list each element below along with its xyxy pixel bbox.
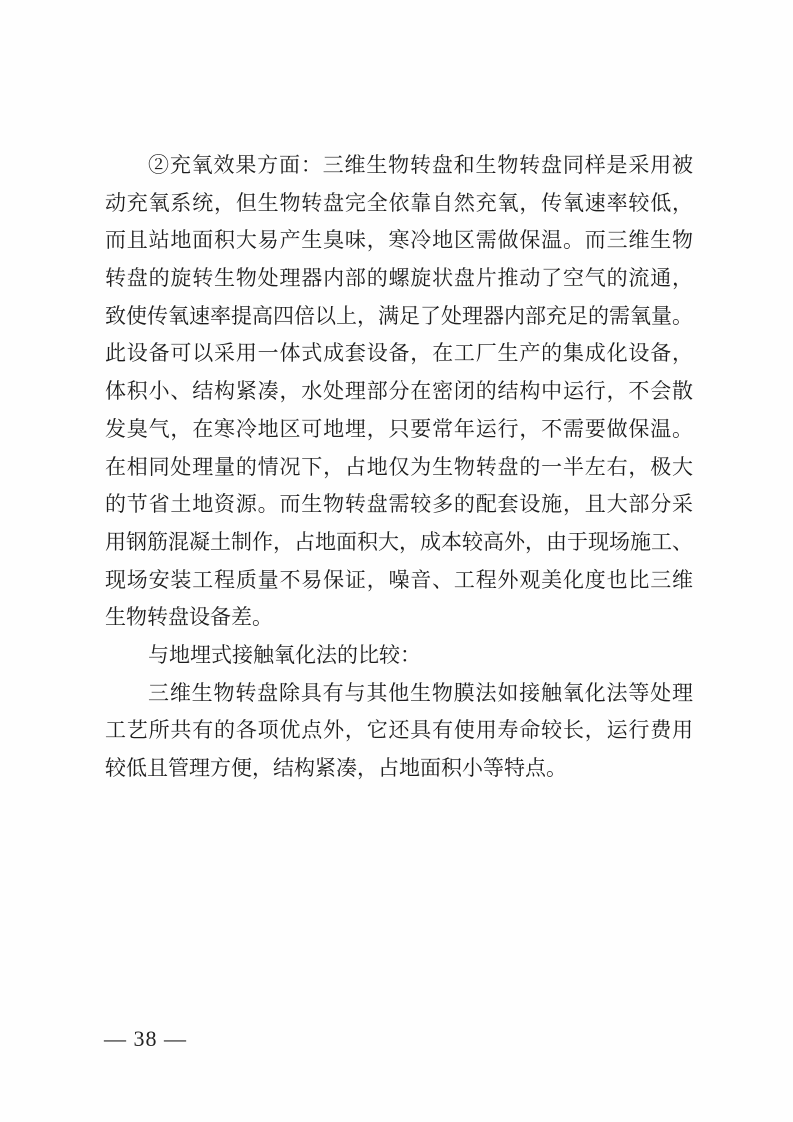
paragraph: 与地埋式接触氧化法的比较： xyxy=(105,637,693,675)
text-line: 工艺所共有的各项优点外，它还具有使用寿命较长，运行费用 xyxy=(105,712,693,750)
page-number: — 38 — xyxy=(104,1026,187,1051)
text-line: 现场安装工程质量不易保证，噪音、工程外观美化度也比三维 xyxy=(105,562,693,600)
text-line: 与地埋式接触氧化法的比较： xyxy=(105,637,693,675)
text-line: 而且站地面积大易产生臭味，寒冷地区需做保温。而三维生物 xyxy=(105,222,693,260)
paragraph: ②充氧效果方面：三维生物转盘和生物转盘同样是采用被动充氧系统，但生物转盘完全依靠… xyxy=(105,147,693,637)
text-line: 三维生物转盘除具有与其他生物膜法如接触氧化法等处理 xyxy=(105,675,693,713)
text-line: 的节省土地资源。而生物转盘需较多的配套设施，且大部分采 xyxy=(105,486,693,524)
text-line: 转盘的旋转生物处理器内部的螺旋状盘片推动了空气的流通， xyxy=(105,260,693,298)
text-line: 致使传氧速率提高四倍以上，满足了处理器内部充足的需氧量。 xyxy=(105,298,693,336)
document-page: ②充氧效果方面：三维生物转盘和生物转盘同样是采用被动充氧系统，但生物转盘完全依靠… xyxy=(0,0,793,1122)
page-footer: — 38 — xyxy=(104,1026,187,1052)
text-line: 在相同处理量的情况下，占地仅为生物转盘的一半左右，极大 xyxy=(105,449,693,487)
text-line: 此设备可以采用一体式成套设备，在工厂生产的集成化设备， xyxy=(105,335,693,373)
text-line: 较低且管理方便，结构紧凑，占地面积小等特点。 xyxy=(105,750,693,788)
paragraph: 三维生物转盘除具有与其他生物膜法如接触氧化法等处理工艺所共有的各项优点外，它还具… xyxy=(105,675,693,788)
text-line: 发臭气，在寒冷地区可地埋，只要常年运行，不需要做保温。 xyxy=(105,411,693,449)
text-line: ②充氧效果方面：三维生物转盘和生物转盘同样是采用被 xyxy=(105,147,693,185)
document-body: ②充氧效果方面：三维生物转盘和生物转盘同样是采用被动充氧系统，但生物转盘完全依靠… xyxy=(105,147,693,788)
text-line: 生物转盘设备差。 xyxy=(105,599,693,637)
text-line: 动充氧系统，但生物转盘完全依靠自然充氧，传氧速率较低， xyxy=(105,185,693,223)
text-line: 用钢筋混凝土制作，占地面积大，成本较高外，由于现场施工、 xyxy=(105,524,693,562)
text-line: 体积小、结构紧凑，水处理部分在密闭的结构中运行，不会散 xyxy=(105,373,693,411)
